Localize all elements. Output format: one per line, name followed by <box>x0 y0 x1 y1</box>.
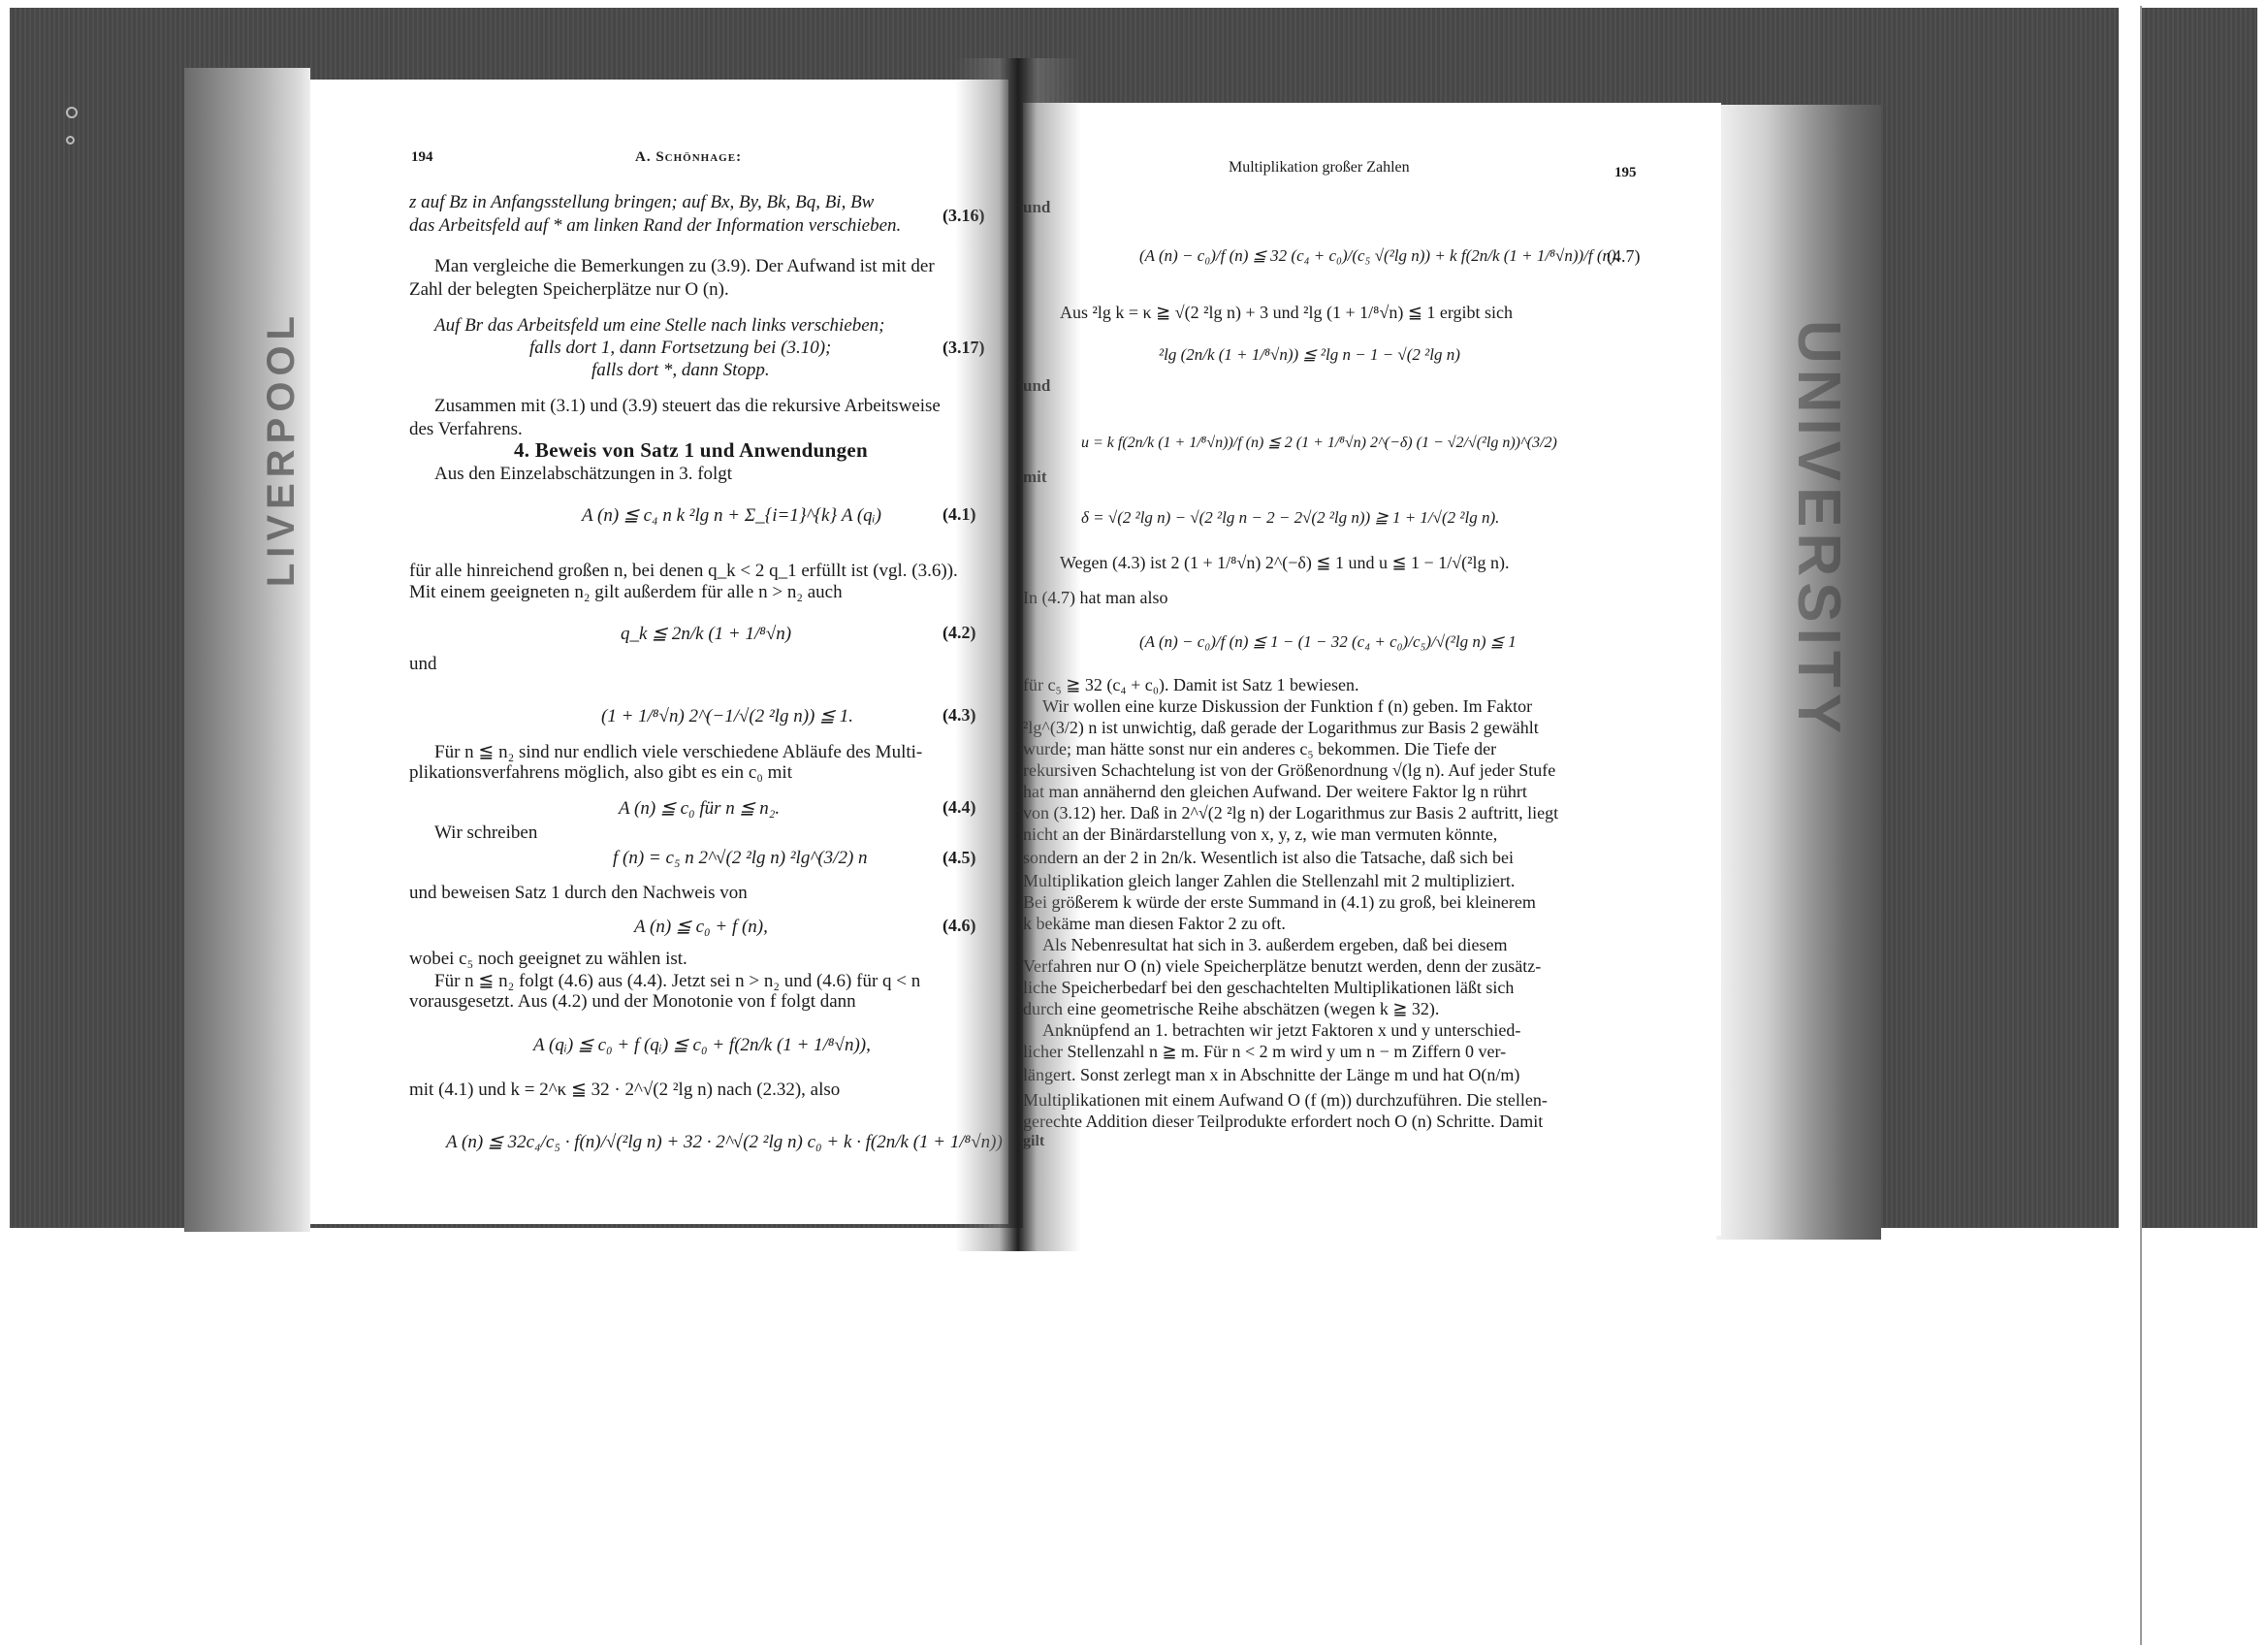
equation-4-5: f (n) = c₅ n 2^√(2 ²lg n) ²lg^(3/2) n <box>613 848 868 869</box>
equation-4-3: (1 + 1/⁸√n) 2^(−1/√(2 ²lg n)) ≦ 1. <box>601 705 853 727</box>
equation-lg-bound: ²lg (2n/k (1 + 1/⁸√n)) ≦ ²lg n − 1 − √(2… <box>1159 345 1460 365</box>
text-line: Multiplikation gleich langer Zahlen die … <box>1023 871 1515 891</box>
text-line: plikationsverfahrens möglich, also gibt … <box>409 762 792 784</box>
text-line: falls dort *, dann Stopp. <box>591 360 770 381</box>
scanner-mark <box>66 136 75 145</box>
scanner-mark <box>66 107 78 118</box>
text-line: sondern an der 2 in 2n/k. Wesentlich ist… <box>1023 848 1514 868</box>
text-line: Für n ≦ n₂ folgt (4.6) aus (4.4). Jetzt … <box>434 970 920 992</box>
text-line: Auf Br das Arbeitsfeld um eine Stelle na… <box>434 315 885 337</box>
equation-4-7: (A (n) − c₀)/f (n) ≦ 32 (c₄ + c₀)/(c₅ √(… <box>1139 246 1620 266</box>
text-line: Zahl der belegten Speicherplätze nur O (… <box>409 279 729 301</box>
text-line: ²lg^(3/2) n ist unwichtig, daß gerade de… <box>1023 718 1539 738</box>
left-page-edge-stack <box>184 68 310 1232</box>
text-line: und <box>409 654 437 675</box>
text-line: rekursiven Schachtelung ist von der Größ… <box>1023 760 1555 781</box>
running-head-right: Multiplikation großer Zahlen <box>1229 159 1410 177</box>
section-heading: 4. Beweis von Satz 1 und Anwendungen <box>514 438 868 463</box>
text-line: gerechte Addition dieser Teilprodukte er… <box>1023 1112 1543 1132</box>
text-line: das Arbeitsfeld auf * am linken Rand der… <box>409 215 901 237</box>
equation-delta: δ = √(2 ²lg n) − √(2 ²lg n − 2 − 2√(2 ²l… <box>1081 508 1499 528</box>
equation-4-6: A (n) ≦ c₀ + f (n), <box>634 916 768 938</box>
text-line: durch eine geometrische Reihe abschätzen… <box>1023 999 1439 1019</box>
text-line: falls dort 1, dann Fortsetzung bei (3.10… <box>529 338 831 359</box>
equation-final: (A (n) − c₀)/f (n) ≦ 1 − (1 − 32 (c₄ + c… <box>1139 632 1517 652</box>
text-line: Als Nebenresultat hat sich in 3. außerde… <box>1042 935 1508 955</box>
text-line: Aus den Einzelabschätzungen in 3. folgt <box>434 464 732 485</box>
text-line: für alle hinreichend großen n, bei denen… <box>409 561 958 582</box>
text-line: wurde; man hätte sonst nur ein anderes c… <box>1023 739 1496 759</box>
equation-an-estimate: A (n) ≦ 32c₄/c₅ · f(n)/√(²lg n) + 32 · 2… <box>446 1131 1003 1153</box>
text-line: Bei größerem k würde der erste Summand i… <box>1023 892 1536 913</box>
text-line: z auf Bz in Anfangsstellung bringen; auf… <box>409 192 874 213</box>
page-number-left: 194 <box>411 149 433 166</box>
text-line: hat man annähernd den gleichen Aufwand. … <box>1023 782 1527 802</box>
book-gutter-shadow <box>955 58 1081 1251</box>
equation-4-4: A (n) ≦ c₀ für n ≦ n₂. <box>619 797 780 820</box>
right-edge-stamp: UNIVERSITY <box>1784 320 1853 739</box>
text-line: Multiplikationen mit einem Aufwand O (f … <box>1023 1090 1548 1111</box>
text-line: wobei c₅ noch geeignet zu wählen ist. <box>409 949 687 970</box>
equation-4-1: A (n) ≦ c₄ n k ²lg n + Σ_{i=1}^{k} A (qᵢ… <box>582 504 881 527</box>
text-line: nicht an der Binärdarstellung von x, y, … <box>1023 824 1497 845</box>
right-page: Multiplikation großer Zahlen 195 und (A … <box>1023 103 1721 1236</box>
text-line: Wegen (4.3) ist 2 (1 + 1/⁸√n) 2^(−δ) ≦ 1… <box>1060 553 1509 573</box>
left-edge-stamp: LIVERPOOL <box>260 310 303 587</box>
text-line: vorausgesetzt. Aus (4.2) und der Monoton… <box>409 991 856 1013</box>
text-line: licher Stellenzahl n ≧ m. Für n < 2 m wi… <box>1023 1042 1506 1062</box>
scanner-bed-edge <box>2119 6 2142 1645</box>
text-line: Man vergleiche die Bemerkungen zu (3.9).… <box>434 256 935 277</box>
text-line: Zusammen mit (3.1) und (3.9) steuert das… <box>434 396 941 417</box>
text-line: Verfahren nur O (n) viele Speicherplätze… <box>1023 956 1541 977</box>
running-head-left: A. Schönhage: <box>635 149 742 166</box>
page-number-right: 195 <box>1614 165 1637 181</box>
text-line: Wir schreiben <box>434 822 537 844</box>
text-line: und beweisen Satz 1 durch den Nachweis v… <box>409 883 748 904</box>
equation-u: u = k f(2n/k (1 + 1/⁸√n))/f (n) ≦ 2 (1 +… <box>1081 433 1557 452</box>
equation-monotonie: A (qᵢ) ≦ c₀ + f (qᵢ) ≦ c₀ + f(2n/k (1 + … <box>533 1034 871 1056</box>
text-line: Anknüpfend an 1. betrachten wir jetzt Fa… <box>1042 1020 1520 1041</box>
text-line: Aus ²lg k = κ ≧ √(2 ²lg n) + 3 und ²lg (… <box>1060 303 1513 323</box>
text-line: von (3.12) her. Daß in 2^√(2 ²lg n) der … <box>1023 803 1558 823</box>
text-line: Wir wollen eine kurze Diskussion der Fun… <box>1042 696 1532 717</box>
text-line: Für n ≦ n₂ sind nur endlich viele versch… <box>434 741 922 763</box>
equation-label: (4.7) <box>1607 246 1641 267</box>
text-line: Mit einem geeigneten n₂ gilt außerdem fü… <box>409 582 843 603</box>
text-line: mit (4.1) und k = 2^κ ≦ 32 · 2^√(2 ²lg n… <box>409 1079 840 1101</box>
text-line: liche Speicherbedarf bei den geschachtel… <box>1023 978 1514 998</box>
equation-4-2: q_k ≦ 2n/k (1 + 1/⁸√n) <box>621 623 791 645</box>
left-page: 194 A. Schönhage: z auf Bz in Anfangsste… <box>310 80 1008 1224</box>
text-line: des Verfahrens. <box>409 419 523 440</box>
text-line: längert. Sonst zerlegt man x in Abschnit… <box>1023 1065 1519 1085</box>
